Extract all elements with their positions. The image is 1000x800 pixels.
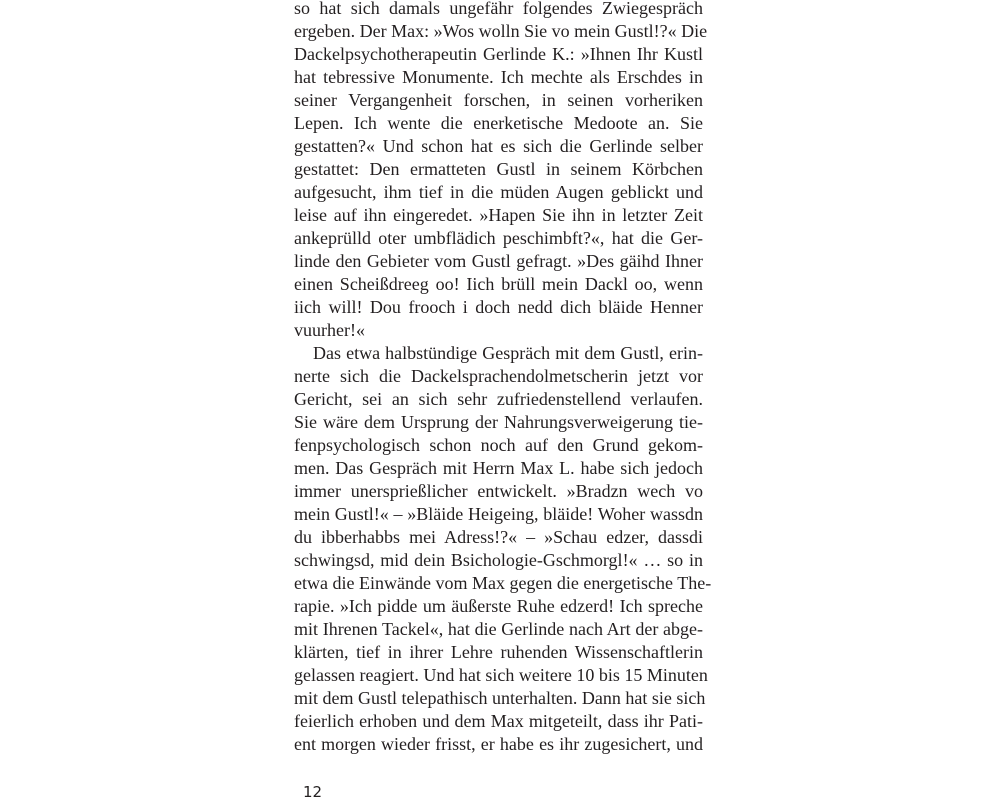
text-line: linde den Gebieter vom Gustl gefragt. »D…	[294, 250, 703, 273]
text-line: nerte sich die Dackelsprachendolmetscher…	[294, 365, 703, 388]
text-line: Gericht, sei an sich sehr zufriedenstell…	[294, 388, 703, 411]
text-line: schwingsd, mid dein Bsichologie-Gschmorg…	[294, 549, 703, 572]
book-page-text: so hat sich damals ungefähr folgendes Zw…	[294, 0, 703, 756]
text-line: feierlich erhoben und dem Max mitgeteilt…	[294, 710, 703, 733]
text-line: etwa die Einwände vom Max gegen die ener…	[294, 572, 703, 595]
text-line: immer unersprießlicher entwickelt. »Brad…	[294, 480, 703, 503]
text-line: so hat sich damals ungefähr folgendes Zw…	[294, 0, 703, 20]
text-line: klärten, tief in ihrer Lehre ruhenden Wi…	[294, 641, 703, 664]
text-line: leise auf ihn eingeredet. »Hapen Sie ihn…	[294, 204, 703, 227]
text-line: hat tebressive Monumente. Ich mechte als…	[294, 66, 703, 89]
text-line: mein Gustl!« – »Bläide Heigeing, bläide!…	[294, 503, 703, 526]
text-line: gestattet: Den ermatteten Gustl in seine…	[294, 158, 703, 181]
text-line: mit dem Gustl telepathisch unterhalten. …	[294, 687, 703, 710]
text-line: Das etwa halbstündige Gespräch mit dem G…	[294, 342, 703, 365]
text-line: ent morgen wieder frisst, er habe es ihr…	[294, 733, 703, 756]
page-number: 12	[303, 783, 322, 800]
text-line: du ibberhabbs mei Adress!?« – »Schau edz…	[294, 526, 703, 549]
text-line: gelassen reagiert. Und hat sich weitere …	[294, 664, 703, 687]
text-line: einen Scheißdreeg oo! Iich brüll mein Da…	[294, 273, 703, 296]
text-line: rapie. »Ich pidde um äußerste Ruhe edzer…	[294, 595, 703, 618]
text-line: mit Ihrenen Tackel«, hat die Gerlinde na…	[294, 618, 703, 641]
text-line: gestatten?« Und schon hat es sich die Ge…	[294, 135, 703, 158]
text-line: seiner Vergangenheit forschen, in seinen…	[294, 89, 703, 112]
text-line: Lepen. Ich wente die enerketische Medoot…	[294, 112, 703, 135]
text-line: ankeprülld oter umbflädich peschimbft?«,…	[294, 227, 703, 250]
text-line: fenpsychologisch schon noch auf den Grun…	[294, 434, 703, 457]
text-line: vuurher!«	[294, 319, 703, 342]
paragraph-2: Das etwa halbstündige Gespräch mit dem G…	[294, 342, 703, 756]
text-line: men. Das Gespräch mit Herrn Max L. habe …	[294, 457, 703, 480]
text-line: iich will! Dou frooch i doch nedd dich b…	[294, 296, 703, 319]
text-line: aufgesucht, ihm tief in die müden Augen …	[294, 181, 703, 204]
text-line: Dackelpsychotherapeutin Gerlinde K.: »Ih…	[294, 43, 703, 66]
paragraph-1: so hat sich damals ungefähr folgendes Zw…	[294, 0, 703, 342]
text-line: ergeben. Der Max: »Wos wolln Sie vo mein…	[294, 20, 703, 43]
text-line: Sie wäre dem Ursprung der Nahrungsverwei…	[294, 411, 703, 434]
